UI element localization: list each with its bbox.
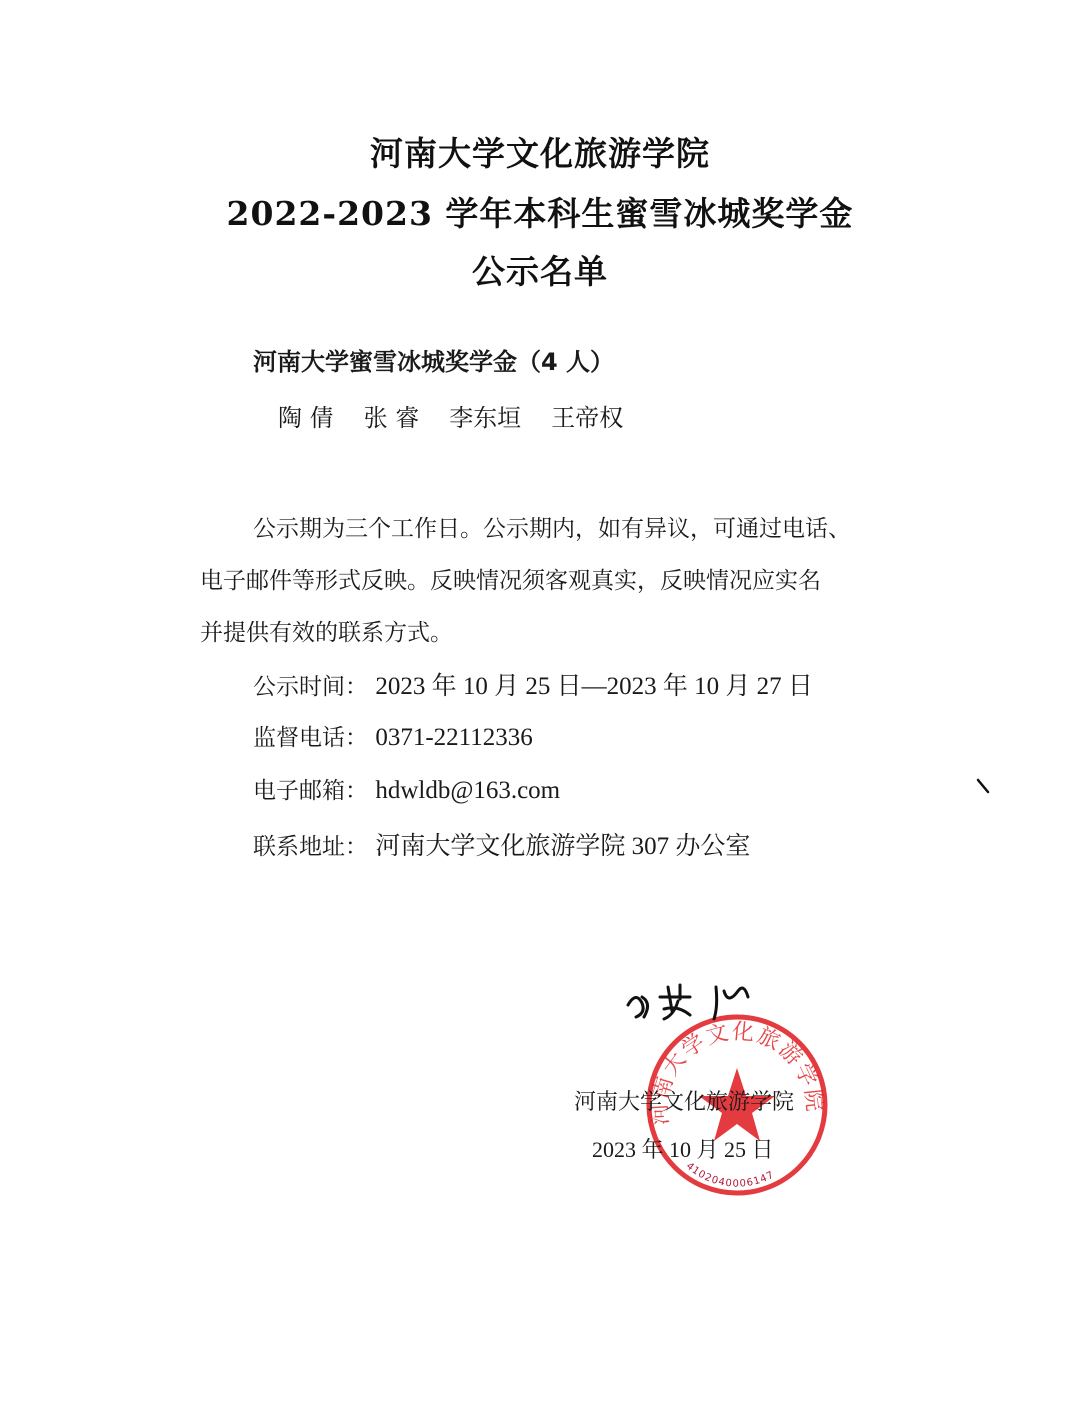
recipient-name: 王帝权 xyxy=(551,398,623,433)
info-value: 0371-22112336 xyxy=(375,724,532,751)
recipient-names: 陶 倩 张 睿 李东垣 王帝权 xyxy=(278,398,623,433)
signing-organization: 河南大学文化旅游学院 xyxy=(574,1085,794,1116)
stray-pen-mark xyxy=(976,778,990,794)
signing-date: 2023 年 10 月 25 日 xyxy=(592,1133,774,1164)
recipient-name: 陶 倩 xyxy=(278,398,334,433)
info-period: 公示时间： 2023 年 10 月 25 日—2023 年 10 月 27 日 xyxy=(253,666,813,702)
notice-line-2: 电子邮件等形式反映。反映情况须客观真实，反映情况应实名 xyxy=(200,562,900,595)
info-label: 公示时间： xyxy=(253,674,368,700)
title-institution: 河南大学文化旅游学院 xyxy=(0,128,1080,175)
recipient-name: 张 睿 xyxy=(364,398,420,433)
info-label: 监督电话： xyxy=(253,725,368,751)
info-value: 河南大学文化旅游学院 307 办公室 xyxy=(375,833,750,860)
info-value: 2023 年 10 月 25 日—2023 年 10 月 27 日 xyxy=(375,673,813,700)
info-label: 联系地址： xyxy=(253,834,368,860)
info-label: 电子邮箱： xyxy=(253,778,368,804)
info-address: 联系地址： 河南大学文化旅游学院 307 办公室 xyxy=(253,826,750,862)
info-value: hdwldb@163.com xyxy=(375,777,560,804)
title-publicity-list: 公示名单 xyxy=(0,246,1080,293)
notice-line-3: 并提供有效的联系方式。 xyxy=(200,614,900,647)
handwritten-signature xyxy=(620,975,780,1025)
notice-line-1: 公示期为三个工作日。公示期内，如有异议，可通过电话、 xyxy=(253,510,953,543)
title-scholarship: 2022-2023 学年本科生蜜雪冰城奖学金 xyxy=(0,188,1080,235)
recipient-name: 李东垣 xyxy=(449,398,521,433)
info-email: 电子邮箱： hdwldb@163.com xyxy=(253,772,560,805)
info-phone: 监督电话： 0371-22112336 xyxy=(253,719,533,752)
scholarship-heading: 河南大学蜜雪冰城奖学金（4 人） xyxy=(253,342,614,377)
